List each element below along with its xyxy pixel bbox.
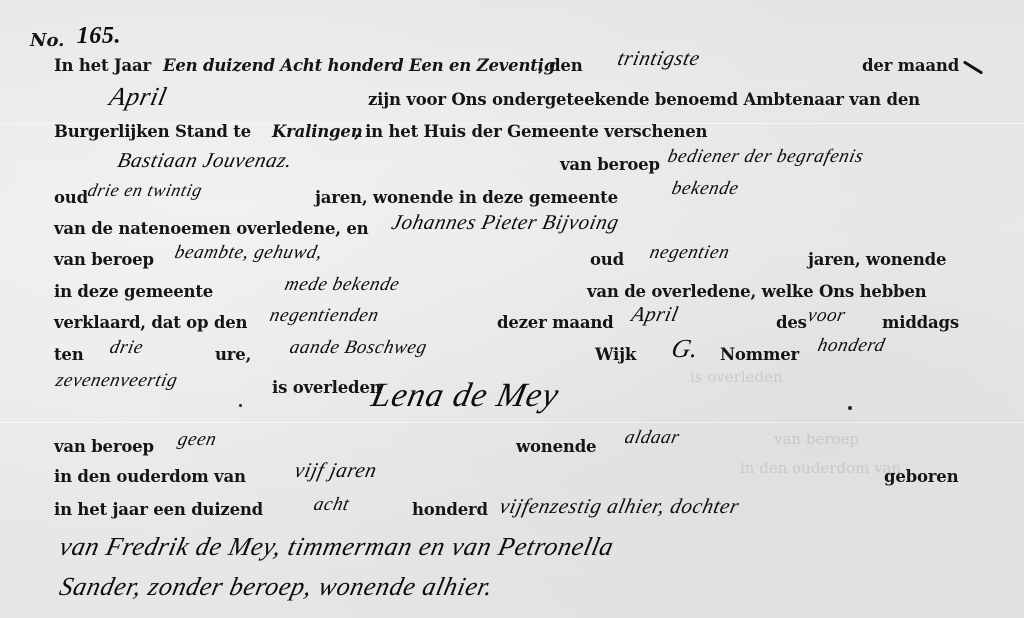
printed-text: In het Jaar: [54, 56, 151, 75]
printed-text: verklaard, dat op den: [54, 313, 247, 332]
handwritten-relation: bekende: [670, 178, 741, 200]
ink-speck: [848, 406, 852, 410]
printed-text: geboren: [884, 467, 958, 486]
printed-year-text: Een duizend Acht honderd Een en Zeventig: [163, 56, 555, 75]
printed-text: honderd: [412, 500, 488, 519]
printed-text: ten: [54, 345, 84, 364]
printed-place: Kralingen: [272, 122, 363, 141]
bleed-through-text: in den ouderdom van: [740, 459, 901, 477]
entry-number-value: 165.: [77, 23, 121, 49]
handwritten-declarant-1-name: Bastiaan Jouvenaz.: [115, 148, 294, 173]
handwritten-house-number-cont: zevenenveertig: [54, 370, 180, 392]
printed-text: van de natenoemen overledene, en: [54, 219, 368, 238]
printed-text: der maand: [862, 56, 959, 75]
printed-text: dezer maand: [497, 313, 614, 332]
handwritten-declarant-1-occupation: bediener der begrafenis: [666, 146, 866, 168]
scan-line: [0, 422, 1024, 423]
handwritten-day: trintigste: [615, 46, 702, 71]
printed-text: middags: [882, 313, 959, 332]
handwritten-death-day: negentienden: [268, 305, 381, 327]
handwritten-deceased-occupation: geen: [176, 429, 219, 451]
printed-text: in den ouderdom van: [54, 467, 246, 486]
handwritten-death-month: April: [629, 302, 680, 327]
handwritten-house-number: honderd: [816, 335, 888, 357]
handwritten-declarant-2-age: negentien: [648, 242, 732, 264]
printed-text: Nommer: [720, 345, 799, 364]
printed-text: Wijk: [595, 345, 636, 364]
handwritten-father-and-mother: van Fredrik de Mey, timmerman en van Pet…: [57, 532, 617, 562]
handwritten-time-of-day: voor: [806, 305, 848, 327]
handwritten-birth-century: acht: [312, 494, 352, 516]
bleed-through-text: is overleden: [690, 368, 783, 386]
printed-text: in het jaar een duizend: [54, 500, 263, 519]
handwritten-month: April: [107, 82, 170, 112]
printed-text: jaren, wonende in deze gemeente: [315, 188, 618, 207]
printed-text: oud: [54, 188, 88, 207]
handwritten-death-street: aande Boschweg: [288, 337, 429, 359]
printed-text: van beroep: [54, 437, 154, 456]
entry-number: No. 165.: [30, 26, 115, 53]
ink-speck: [239, 404, 242, 407]
handwritten-residence: aldaar: [623, 427, 682, 449]
handwritten-deceased-name: Lena de Mey: [368, 377, 563, 415]
handwritten-deceased-age: vijf jaren: [292, 458, 379, 483]
handwritten-relation-2: mede bekende: [283, 274, 402, 296]
printed-text: , den: [538, 56, 583, 75]
printed-text: jaren, wonende: [808, 250, 946, 269]
handwritten-mother-surname-residence: Sander, zonder beroep, wonende alhier.: [57, 572, 496, 602]
printed-text: zijn voor Ons ondergeteekende benoemd Am…: [368, 90, 920, 109]
entry-number-label: No.: [30, 30, 64, 51]
handwritten-declarant-2-name: Johannes Pieter Bijvoing: [389, 210, 621, 235]
handwritten-death-hour: drie: [108, 337, 146, 359]
handwritten-birth-year-place-relation: vijfenzestig alhier, dochter: [497, 494, 741, 519]
printed-text: wonende: [516, 437, 596, 456]
printed-text: van beroep: [54, 250, 154, 269]
handwritten-declarant-2-occupation: beambte, gehuwd,: [173, 242, 325, 264]
printed-text: van de overledene, welke Ons hebben: [587, 282, 926, 301]
printed-text: van beroep: [560, 155, 660, 174]
printed-text: in deze gemeente: [54, 282, 213, 301]
printed-text: ure,: [215, 345, 251, 364]
printed-text: des: [776, 313, 807, 332]
printed-text: is overleden: [272, 378, 381, 397]
printed-text: Burgerlijken Stand te: [54, 122, 251, 141]
printed-text: oud: [590, 250, 624, 269]
handwritten-declarant-1-age: drie en twintig: [86, 180, 204, 201]
bleed-through-text: van beroep: [774, 430, 859, 448]
printed-text: , in het Huis der Gemeente verschenen: [354, 122, 707, 141]
